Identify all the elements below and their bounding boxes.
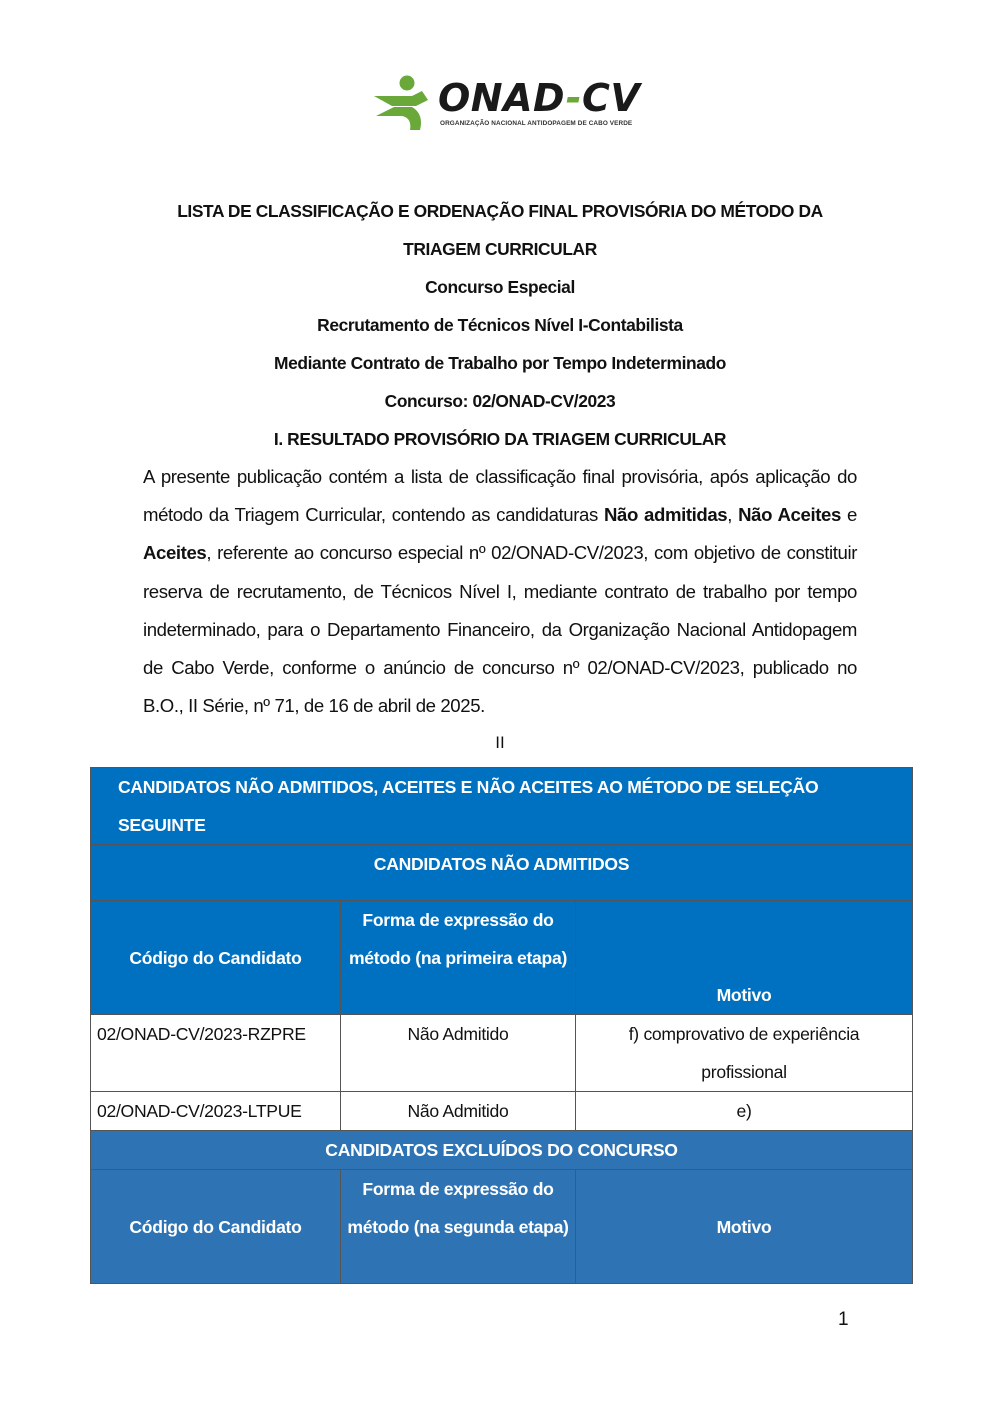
runner-icon xyxy=(372,74,434,134)
document-title-block: LISTA DE CLASSIFICAÇÃO E ORDENAÇÃO FINAL… xyxy=(100,192,900,458)
title-line: Concurso Especial xyxy=(100,268,900,306)
excluded-heading: CANDIDATOS EXCLUÍDOS DO CONCURSO xyxy=(91,1131,913,1170)
results-table: CANDIDATOS NÃO ADMITIDOS, ACEITES E NÃO … xyxy=(90,767,913,1284)
onad-cv-logo: ONAD-CV ORGANIZAÇÃO NACIONAL ANTIDOPAGEM… xyxy=(372,74,632,134)
section-heading: I. RESULTADO PROVISÓRIO DA TRIAGEM CURRI… xyxy=(100,420,900,458)
candidate-reason: e) xyxy=(576,1092,913,1131)
excluded-column-headers: Código do Candidato Forma de expressão d… xyxy=(91,1170,913,1284)
title-line: Mediante Contrato de Trabalho por Tempo … xyxy=(100,344,900,382)
title-line: Concurso: 02/ONAD-CV/2023 xyxy=(100,382,900,420)
not-admitted-heading: CANDIDATOS NÃO ADMITIDOS xyxy=(91,845,913,901)
table-row: 02/ONAD-CV/2023-RZPRE Não Admitido f) co… xyxy=(91,1015,913,1092)
candidate-status: Não Admitido xyxy=(341,1092,576,1131)
intro-paragraph: A presente publicação contém a lista de … xyxy=(143,458,857,725)
candidate-code: 02/ONAD-CV/2023-LTPUE xyxy=(91,1092,341,1131)
candidate-code: 02/ONAD-CV/2023-RZPRE xyxy=(91,1015,341,1092)
logo-subtitle: ORGANIZAÇÃO NACIONAL ANTIDOPAGEM DE CABO… xyxy=(440,120,632,127)
column-header-code: Código do Candidato xyxy=(91,901,341,1015)
column-header-method: Forma de expressão do método (na segunda… xyxy=(341,1170,576,1284)
not-admitted-heading-row: CANDIDATOS NÃO ADMITIDOS xyxy=(91,845,913,901)
page-number: 1 xyxy=(838,1306,849,1334)
title-line: LISTA DE CLASSIFICAÇÃO E ORDENAÇÃO FINAL… xyxy=(100,192,900,230)
table-main-heading: CANDIDATOS NÃO ADMITIDOS, ACEITES E NÃO … xyxy=(91,768,913,845)
section-number: II xyxy=(0,728,1000,758)
table-main-heading-row: CANDIDATOS NÃO ADMITIDOS, ACEITES E NÃO … xyxy=(91,768,913,845)
candidate-reason: f) comprovativo de experiência profissio… xyxy=(576,1015,913,1092)
column-header-reason: Motivo xyxy=(576,901,913,1015)
table-row: 02/ONAD-CV/2023-LTPUE Não Admitido e) xyxy=(91,1092,913,1131)
logo-wordmark: ONAD-CV xyxy=(438,76,640,120)
column-header-method: Forma de expressão do método (na primeir… xyxy=(341,901,576,1015)
title-line: TRIAGEM CURRICULAR xyxy=(100,230,900,268)
not-admitted-column-headers: Código do Candidato Forma de expressão d… xyxy=(91,901,913,1015)
column-header-code: Código do Candidato xyxy=(91,1170,341,1284)
candidate-status: Não Admitido xyxy=(341,1015,576,1092)
column-header-reason: Motivo xyxy=(576,1170,913,1284)
excluded-heading-row: CANDIDATOS EXCLUÍDOS DO CONCURSO xyxy=(91,1131,913,1170)
title-line: Recrutamento de Técnicos Nível I-Contabi… xyxy=(100,306,900,344)
